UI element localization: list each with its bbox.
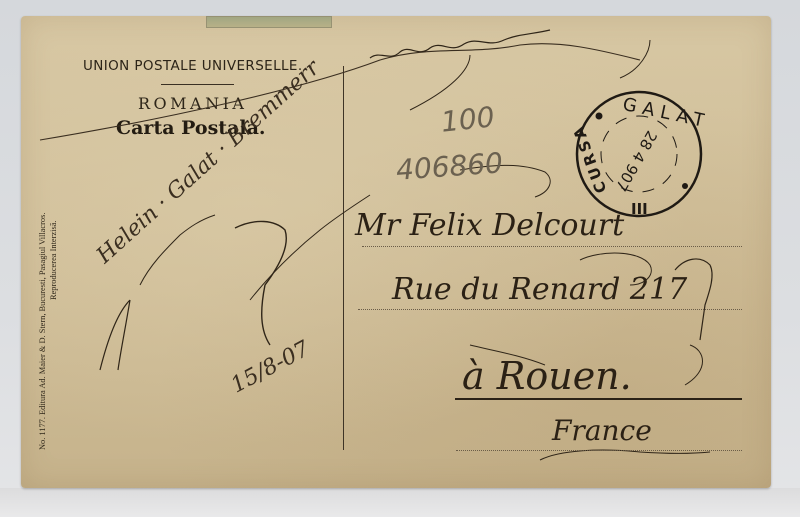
address-street: Rue du Renard 217 — [392, 272, 687, 307]
pencil-note-1: 100 — [439, 100, 496, 138]
postmark: GALATI CURSA III 28 4 907 — [573, 88, 705, 220]
postmark-date: 28 4 907 — [612, 127, 661, 194]
address-line-rule-1 — [362, 246, 742, 247]
postmark-class: III — [631, 200, 648, 218]
address-line-rule-3 — [455, 398, 742, 400]
address-recipient: Mr Felix Delcourt — [355, 208, 624, 243]
address-line-rule-4 — [456, 450, 742, 451]
signature-flourish — [0, 0, 800, 517]
postmark-city: GALATI — [621, 94, 705, 135]
postmark-service: CURSA — [573, 122, 610, 196]
address-line-rule-2 — [358, 309, 742, 310]
address-country: France — [552, 414, 652, 447]
address-city: à Rouen. — [462, 354, 632, 398]
